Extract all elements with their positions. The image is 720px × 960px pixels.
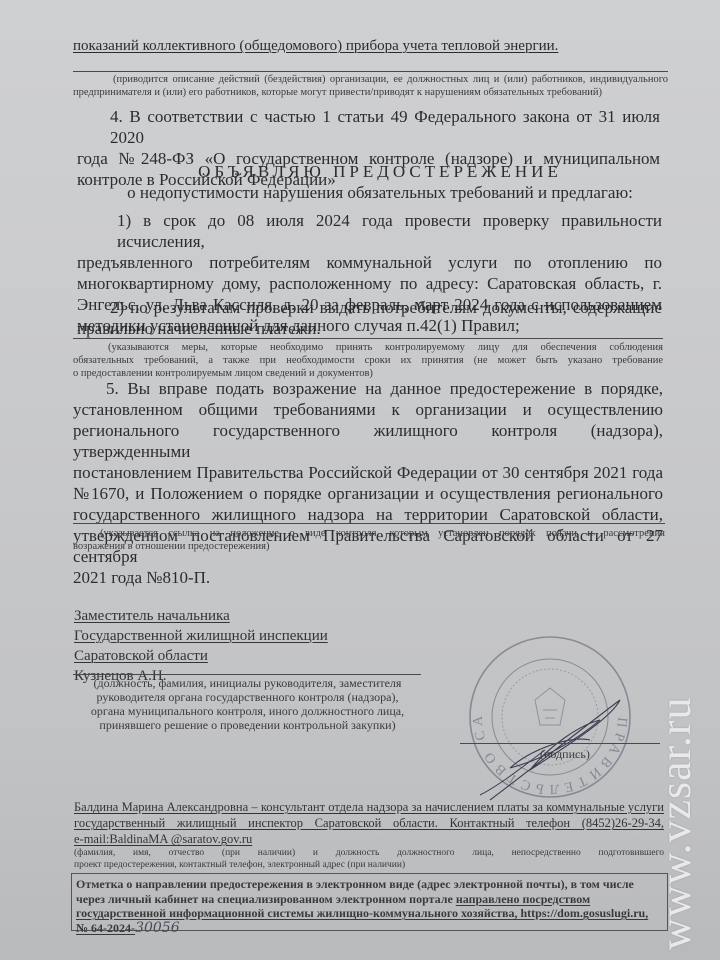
- warning-heading: ОБЪЯВЛЯЮ ПРЕДОСТЕРЕЖЕНИЕ: [60, 162, 700, 182]
- para-line: 5. Вы вправе подать возражение на данное…: [73, 378, 663, 399]
- signatory-title: Заместитель начальника: [74, 606, 328, 626]
- top-line: показаний коллективного (общедомового) п…: [73, 36, 558, 57]
- divider: [73, 338, 663, 339]
- divider: [73, 674, 421, 675]
- para-line: государственного жилищного надзора на те…: [73, 504, 663, 525]
- notice-text: направлено посредством: [456, 892, 590, 906]
- para-line: регионального государственного жилищного…: [73, 420, 663, 462]
- item-line: многоквартирному дому, расположенному по…: [77, 273, 662, 294]
- contact-phone: государственный жилищный инспектор Сарат…: [74, 815, 664, 831]
- notice-line: через личный кабинет на специализированн…: [76, 892, 667, 907]
- para-line: установленном общими требованиями к орга…: [73, 399, 663, 420]
- notice-line: государственной информационной системы ж…: [76, 906, 667, 921]
- note-line: руководителя органа государственного кон…: [75, 690, 420, 704]
- note-line: (приводится описание действий (бездейств…: [73, 73, 668, 86]
- note-line: (фамилия, имя, отчество (при наличии) и …: [74, 847, 664, 859]
- note-reference: (указывается ссылка на положение о виде …: [73, 527, 665, 553]
- item-line: предъявленного потребителям коммунальной…: [77, 252, 662, 273]
- notice-number-handwritten: 30056: [135, 920, 180, 936]
- signatory-org: Государственной жилищной инспекции: [74, 626, 328, 646]
- note-line: предпринимателя и (или) его работников, …: [73, 86, 668, 99]
- note-preparer: (фамилия, имя, отчество (при наличии) и …: [74, 847, 664, 871]
- notice-number: № 64-2024-30056: [76, 921, 667, 936]
- para-line: №1670, и Положением о порядке организаци…: [73, 483, 663, 504]
- item-2: 2) по результатам проверки выдать потреб…: [77, 297, 662, 339]
- note-line: возражения в отношении предостережения): [73, 540, 665, 553]
- note-measures: (указываются меры, которые необходимо пр…: [73, 341, 663, 380]
- divider: [73, 523, 665, 524]
- note-line: проект предостережения, контактный телеф…: [74, 859, 664, 871]
- note-line: (должность, фамилия, инициалы руководите…: [75, 676, 420, 690]
- item-line: 1) в срок до 08 июля 2024 года провести …: [77, 210, 662, 252]
- note-line: принявшего решение о проведении контроль…: [75, 718, 420, 732]
- note-line: (указываются меры, которые необходимо пр…: [73, 341, 663, 354]
- paragraph-5: 5. Вы вправе подать возражение на данное…: [73, 378, 663, 588]
- contact-email: e-mail:BaldinaMA @saratov.gov.ru: [74, 831, 664, 847]
- note-line: органа муниципального контроля, иного до…: [75, 704, 420, 718]
- notice-line: Отметка о направлении предостережения в …: [76, 877, 667, 892]
- top-line-text: показаний коллективного (общедомового) п…: [73, 38, 558, 54]
- para-line: постановлением Правительства Российской …: [73, 462, 663, 483]
- watermark: www.vzsar.ru: [650, 560, 710, 950]
- signature-label: (подпись): [540, 747, 590, 762]
- item-line: правильно начисленные платежи.: [77, 318, 662, 339]
- note-line: (указывается ссылка на положение о виде …: [73, 527, 665, 540]
- para-line: 2021 года №810-П.: [73, 567, 663, 588]
- electronic-delivery-notice: Отметка о направлении предостережения в …: [71, 873, 668, 931]
- note-actions: (приводится описание действий (бездейств…: [73, 73, 668, 99]
- item-line: 2) по результатам проверки выдать потреб…: [77, 297, 662, 318]
- signatory-region: Саратовской области: [74, 646, 328, 666]
- notice-text: через личный кабинет на специализированн…: [76, 892, 456, 906]
- contact-name: Балдина Марина Александровна – консульта…: [74, 799, 664, 815]
- para-line: 4. В соответствии с частью 1 статьи 49 Ф…: [77, 106, 660, 148]
- divider: [73, 71, 668, 72]
- signature-line: [460, 743, 660, 744]
- note-line: обязательных требований, а также при нео…: [73, 354, 663, 367]
- contact-block: Балдина Марина Александровна – консульта…: [74, 799, 664, 847]
- note-position: (должность, фамилия, инициалы руководите…: [75, 676, 420, 732]
- notice-number-prefix: № 64-2024-: [76, 921, 135, 935]
- warning-subheading: о недопустимости нарушения обязательных …: [60, 182, 700, 203]
